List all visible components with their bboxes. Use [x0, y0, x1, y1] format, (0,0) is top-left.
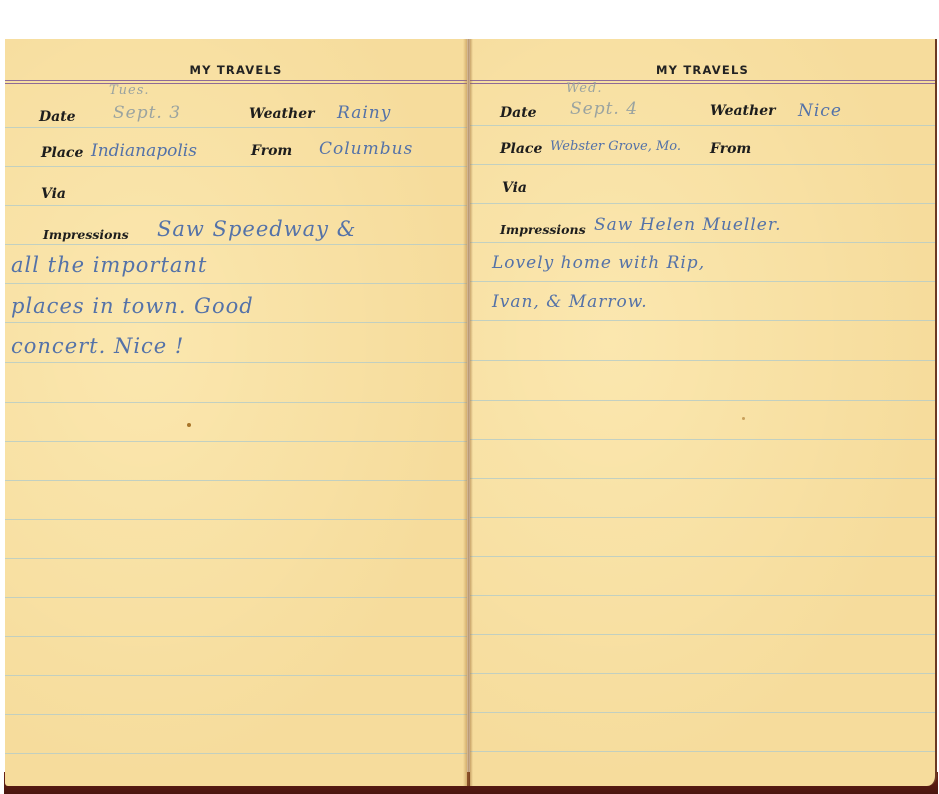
- ruled-line: [470, 203, 935, 204]
- ruled-line: [470, 673, 935, 674]
- book-spine: [463, 39, 473, 786]
- ruled-line: [5, 166, 467, 167]
- date-value: Sept. 4: [570, 99, 638, 119]
- weather-value: Rainy: [337, 103, 391, 123]
- date-day-value: Wed.: [566, 81, 602, 96]
- paper-speck: [187, 423, 191, 427]
- ruled-line: [5, 362, 467, 363]
- ruled-line: [5, 402, 467, 403]
- right-page: MY TRAVELS Date Wed. Sept. 4 Weather Nic…: [470, 39, 937, 786]
- ruled-line: [5, 753, 467, 754]
- ruled-line: [5, 558, 467, 559]
- place-label: Place: [500, 141, 542, 157]
- weather-label: Weather: [249, 106, 315, 122]
- date-day-value: Tues.: [109, 83, 150, 98]
- ruled-line: [5, 714, 467, 715]
- via-label: Via: [41, 186, 66, 202]
- ruled-line: [5, 675, 467, 676]
- ruled-line: [5, 597, 467, 598]
- ruled-line: [5, 244, 467, 245]
- from-label: From: [251, 143, 292, 159]
- place-value: Webster Grove, Mo.: [550, 139, 681, 154]
- ruled-line: [5, 127, 467, 128]
- ruled-line: [470, 517, 935, 518]
- ruled-line: [470, 281, 935, 282]
- ruled-line: [5, 636, 467, 637]
- paper-speck: [742, 417, 745, 420]
- page-header: MY TRAVELS: [5, 63, 467, 77]
- impressions-label: Impressions: [500, 222, 586, 237]
- ruled-line: [5, 283, 467, 284]
- header-double-rule: [5, 80, 467, 84]
- weather-value: Nice: [798, 101, 842, 121]
- date-label: Date: [500, 105, 537, 121]
- impressions-line: Ivan, & Marrow.: [492, 292, 648, 312]
- impressions-line: Lovely home with Rip,: [492, 253, 705, 273]
- ruled-line: [5, 519, 467, 520]
- ruled-line: [5, 441, 467, 442]
- ruled-line: [470, 125, 935, 126]
- place-value: Indianapolis: [91, 141, 197, 161]
- ruled-line: [470, 400, 935, 401]
- ruled-line: [5, 322, 467, 323]
- ruled-line: [470, 164, 935, 165]
- date-label: Date: [39, 109, 76, 125]
- from-value: Columbus: [319, 139, 413, 159]
- ruled-line: [470, 712, 935, 713]
- impressions-line: places in town. Good: [11, 294, 254, 318]
- impressions-line: all the important: [11, 253, 207, 277]
- ruled-line: [470, 634, 935, 635]
- ruled-line: [470, 595, 935, 596]
- ruled-line: [470, 478, 935, 479]
- impressions-line: concert. Nice !: [11, 334, 184, 358]
- ruled-line: [5, 480, 467, 481]
- ruled-line: [470, 751, 935, 752]
- ruled-line: [470, 556, 935, 557]
- ruled-line: [470, 320, 935, 321]
- ruled-line: [470, 439, 935, 440]
- header-double-rule: [470, 80, 935, 84]
- via-label: Via: [502, 180, 527, 196]
- impressions-line: Saw Speedway &: [157, 217, 356, 241]
- place-label: Place: [41, 145, 83, 161]
- ruled-line: [470, 360, 935, 361]
- date-value: Sept. 3: [113, 103, 181, 123]
- weather-label: Weather: [710, 103, 776, 119]
- impressions-label: Impressions: [43, 227, 129, 242]
- from-label: From: [710, 141, 751, 157]
- page-header: MY TRAVELS: [470, 63, 935, 77]
- left-page: MY TRAVELS Date Tues. Sept. 3 Weather Ra…: [5, 39, 467, 786]
- impressions-line: Saw Helen Mueller.: [594, 215, 782, 235]
- ruled-line: [5, 205, 467, 206]
- ruled-line: [470, 242, 935, 243]
